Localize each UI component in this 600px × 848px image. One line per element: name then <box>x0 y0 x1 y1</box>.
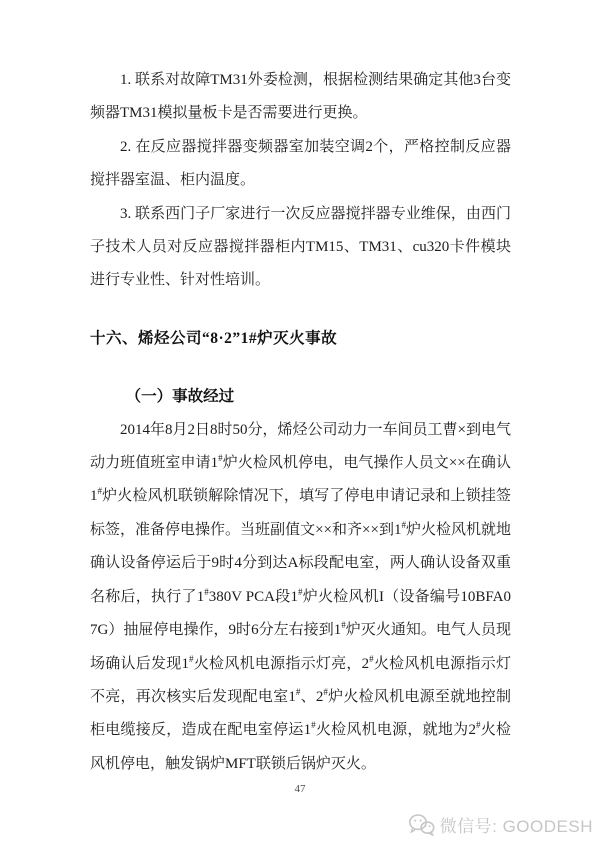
superscript-hash: # <box>298 587 303 597</box>
body-paragraph: 2014年8月2日8时50分，烯烃公司动力一车间员工曹×到电气动力班值班室申请1… <box>90 414 511 781</box>
superscript-hash: # <box>323 687 328 697</box>
superscript-hash: # <box>218 453 223 463</box>
body-paragraphs: 2014年8月2日8时50分，烯烃公司动力一车间员工曹×到电气动力班值班室申请1… <box>90 414 511 781</box>
list-item: 2. 在反应器搅拌器变频器室加装空调2个，严格控制反应器搅拌器室温、柜内温度。 <box>90 131 511 198</box>
page-number: 47 <box>0 783 600 795</box>
list-item: 1. 联系对故障TM31外委检测，根据检测结果确定其他3台变频器TM31模拟量板… <box>90 64 511 131</box>
superscript-hash: # <box>296 687 301 697</box>
wechat-watermark: 微信号: GOODESH <box>408 812 593 837</box>
section-heading: 十六、烯烃公司“8·2”1#炉灭火事故 <box>90 322 511 355</box>
subsection-heading: （一）事故经过 <box>90 380 511 413</box>
superscript-hash: # <box>311 720 316 730</box>
countermeasure-list: 1. 联系对故障TM31外委检测，根据检测结果确定其他3台变频器TM31模拟量板… <box>90 64 511 298</box>
superscript-hash: # <box>204 587 209 597</box>
list-item: 3. 联系西门子厂家进行一次反应器搅拌器专业维保，由西门子技术人员对反应器搅拌器… <box>90 198 511 298</box>
document-text-column: 1. 联系对故障TM31外委检测，根据检测结果确定其他3台变频器TM31模拟量板… <box>90 64 511 781</box>
document-page: 1. 联系对故障TM31外委检测，根据检测结果确定其他3台变频器TM31模拟量板… <box>0 0 600 848</box>
wechat-icon <box>408 813 435 837</box>
superscript-hash: # <box>341 620 346 630</box>
superscript-hash: # <box>189 654 194 664</box>
superscript-hash: # <box>476 720 481 730</box>
superscript-hash: # <box>401 520 406 530</box>
superscript-hash: # <box>369 654 374 664</box>
superscript-hash: # <box>98 486 103 496</box>
watermark-text: 微信号: GOODESH <box>440 812 593 837</box>
